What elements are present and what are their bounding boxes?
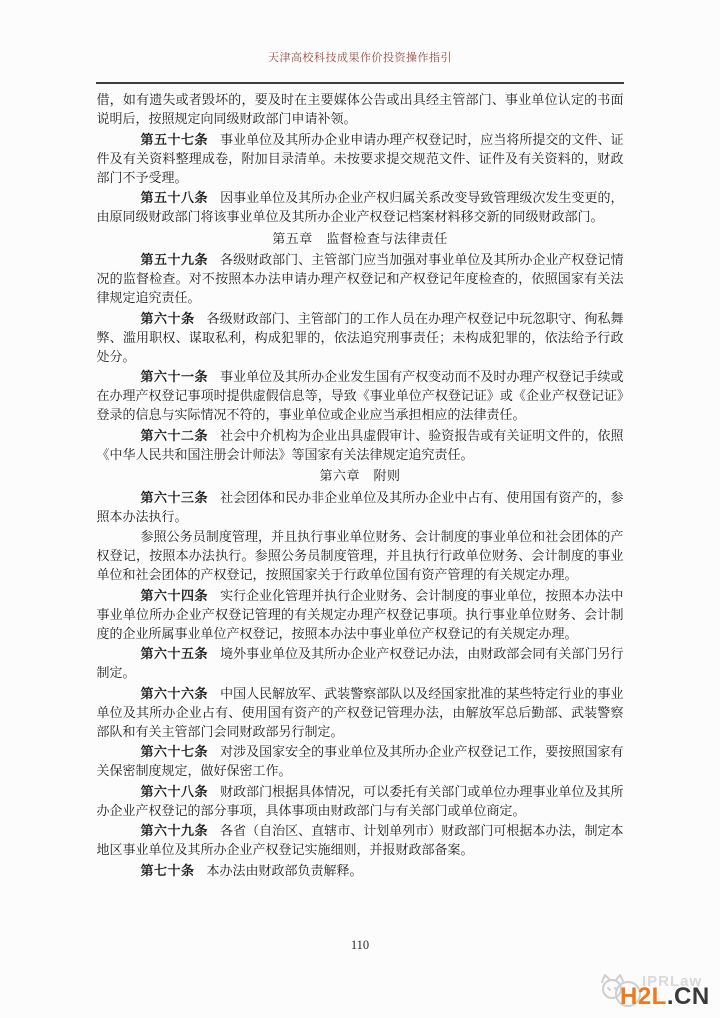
article-number: 第六十六条 [141,686,209,701]
body-paragraph: 参照公务员制度管理，并且执行事业单位财务、会计制度的事业单位和社会团体的产权登记… [97,527,624,584]
chapter-heading: 第五章 监督检查与法律责任 [97,229,624,248]
page-number: 110 [351,938,369,952]
article-paragraph: 第六十九条各省（自治区、直辖市、计划单列市）财政部门可根据本办法，制定本地区事业… [97,821,624,859]
article-paragraph: 第六十六条中国人民解放军、武装警察部队以及经国家批准的某些特定行业的事业单位及其… [97,684,624,741]
article-number: 第五十九条 [141,252,209,267]
article-number: 第六十八条 [141,784,209,799]
article-paragraph: 第五十八条因事业单位及其所办企业产权归属关系改变导致管理级次发生变更的，由原同级… [97,188,624,226]
article-paragraph: 第五十七条事业单位及其所办企业申请办理产权登记时，应当将所提交的文件、证件及有关… [97,130,624,187]
document-title: 天津高校科技成果作价投资操作指引 [0,0,720,66]
chapter-heading: 第六章 附则 [97,466,624,485]
document-page: 天津高校科技成果作价投资操作指引 借，如有遗失或者毁坏的，要及时在主要媒体公告或… [0,0,720,1018]
article-number: 第六十四条 [141,588,209,603]
article-paragraph: 第六十条各级财政部门、主管部门的工作人员在办理产权登记中玩忽职守、徇私舞弊、滥用… [97,309,624,366]
article-number: 第五十八条 [141,190,209,205]
article-number: 第六十三条 [141,490,209,505]
body-paragraph: 借，如有遗失或者毁坏的，要及时在主要媒体公告或出具经主管部门、事业单位认定的书面… [97,90,624,128]
document-body: 借，如有遗失或者毁坏的，要及时在主要媒体公告或出具经主管部门、事业单位认定的书面… [97,90,624,880]
article-paragraph: 第六十四条实行企业化管理并执行企业财务、会计制度的事业单位，按照本办法中事业单位… [97,586,624,643]
article-number: 第五十七条 [141,132,209,147]
article-paragraph: 第六十五条境外事业单位及其所办企业产权登记办法，由财政部会同有关部门另行制定。 [97,644,624,682]
article-number: 第六十条 [141,311,195,326]
watermark: IPRLaw H2L.CN [596,970,720,1016]
page-header: 天津高校科技成果作价投资操作指引 [0,0,720,84]
article-number: 第六十二条 [141,428,209,443]
article-paragraph: 第六十七条对涉及国家安全的事业单位及其所办企业产权登记工作，要按照国家有关保密制… [97,742,624,780]
article-number: 第六十七条 [141,744,209,759]
watermark-site-name: H2L [620,983,667,1010]
article-number: 第六十一条 [141,369,209,384]
article-number: 第六十五条 [141,646,209,661]
article-paragraph: 第六十二条社会中介机构为企业出具虚假审计、验资报告或有关证明文件的，依照《中华人… [97,426,624,464]
article-paragraph: 第五十九条各级财政部门、主管部门应当加强对事业单位及其所办企业产权登记情况的监督… [97,250,624,307]
article-paragraph: 第六十一条事业单位及其所办企业发生国有产权变动而不及时办理产权登记手续或在办理产… [97,367,624,424]
article-paragraph: 第七十条本办法由财政部负责解释。 [97,861,624,880]
watermark-site-tld: .CN [667,983,710,1010]
page-footer: 110 [0,938,720,953]
header-rule [96,82,624,84]
watermark-site-text: H2L.CN [620,983,710,1011]
article-paragraph: 第六十三条社会团体和民办非企业单位及其所办企业中占有、使用国有资产的，参照本办法… [97,488,624,526]
article-number: 第六十九条 [141,823,209,838]
article-paragraph: 第六十八条财政部门根据具体情况，可以委托有关部门或单位办理事业单位及其所办企业产… [97,782,624,820]
article-number: 第七十条 [141,863,195,878]
